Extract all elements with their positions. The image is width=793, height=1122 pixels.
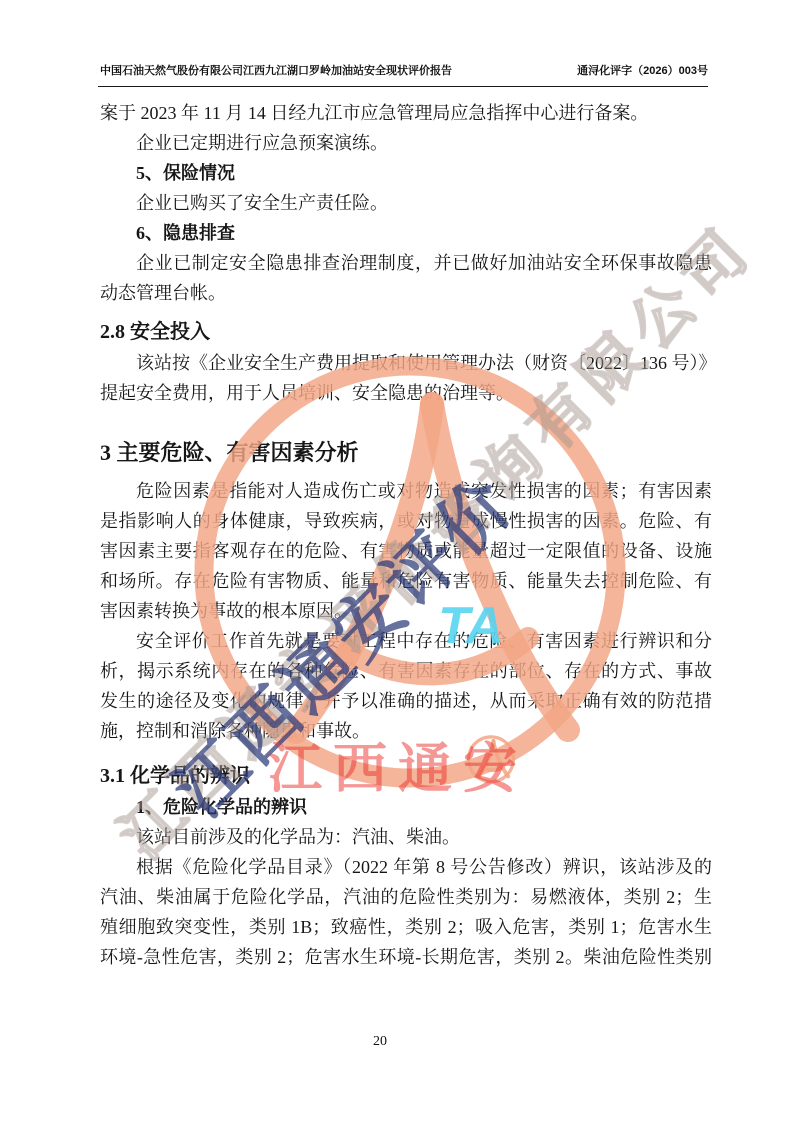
body-line: 企业已购买了安全生产责任险。 [100,188,712,218]
body-line: 析，揭示系统内存在的各种危险、有害因素存在的部位、存在的方式、事故 [100,656,712,686]
body-line: 安全评价工作首先就是要对工程中存在的危险、有害因素进行辨识和分 [100,626,712,656]
document-page: 中国石油天然气股份有限公司江西九江湖口罗岭加油站安全现状评价报告 通浔化评字（2… [0,0,793,1122]
body-line: 环境-急性危害，类别 2；危害水生环境-长期危害，类别 2。柴油危险性类别 [100,942,712,972]
document-body: 案于 2023 年 11 月 14 日经九江市应急管理局应急指挥中心进行备案。 … [100,98,712,972]
body-line: 施，控制和消除各种隐患和事故。 [100,716,712,746]
chapter-heading: 3 主要危险、有害因素分析 [100,436,712,470]
page-header: 中国石油天然气股份有限公司江西九江湖口罗岭加油站安全现状评价报告 通浔化评字（2… [100,62,708,78]
body-line: 汽油、柴油属于危险化学品，汽油的危险性类别为：易燃液体，类别 2；生 [100,882,712,912]
body-line: 案于 2023 年 11 月 14 日经九江市应急管理局应急指挥中心进行备案。 [100,98,712,128]
section-heading: 1、危险化学品的辨识 [100,792,712,822]
body-line: 提起安全费用，用于人员培训、安全隐患的治理等。 [100,378,712,408]
body-line: 发生的途径及变化的规律，并予以准确的描述，从而采取正确有效的防范措 [100,686,712,716]
section-heading: 6、隐患排查 [100,218,712,248]
page-number: 20 [0,1034,760,1050]
body-line: 企业已制定安全隐患排查治理制度，并已做好加油站安全环保事故隐患 [100,248,712,278]
body-line: 害因素转换为事故的根本原因。 [100,596,712,626]
body-line: 和场所。存在危险有害物质、能量和危险有害物质、能量失去控制危险、有 [100,566,712,596]
body-line: 殖细胞致突变性，类别 1B；致癌性，类别 2；吸入危害，类别 1；危害水生 [100,912,712,942]
body-line: 危险因素是指能对人造成伤亡或对物造成突发性损害的因素；有害因素 [100,476,712,506]
header-doc-number: 通浔化评字（2026）003号 [577,62,708,78]
body-line: 根据《危险化学品目录》（2022 年第 8 号公告修改）辨识，该站涉及的 [100,852,712,882]
section-heading: 3.1 化学品的辨识 [100,760,712,792]
section-heading: 5、保险情况 [100,158,712,188]
header-rule [98,86,708,87]
body-line: 该站目前涉及的化学品为：汽油、柴油。 [100,822,712,852]
body-line: 企业已定期进行应急预案演练。 [100,128,712,158]
body-line: 动态管理台帐。 [100,278,712,308]
header-report-title: 中国石油天然气股份有限公司江西九江湖口罗岭加油站安全现状评价报告 [100,62,452,78]
body-line: 是指影响人的身体健康，导致疾病，或对物造成慢性损害的因素。危险、有 [100,506,712,536]
body-line: 害因素主要指客观存在的危险、有害物质或能量超过一定限值的设备、设施 [100,536,712,566]
section-heading: 2.8 安全投入 [100,316,712,348]
body-line: 该站按《企业安全生产费用提取和使用管理办法（财资〔2022〕136 号）》 [100,348,712,378]
